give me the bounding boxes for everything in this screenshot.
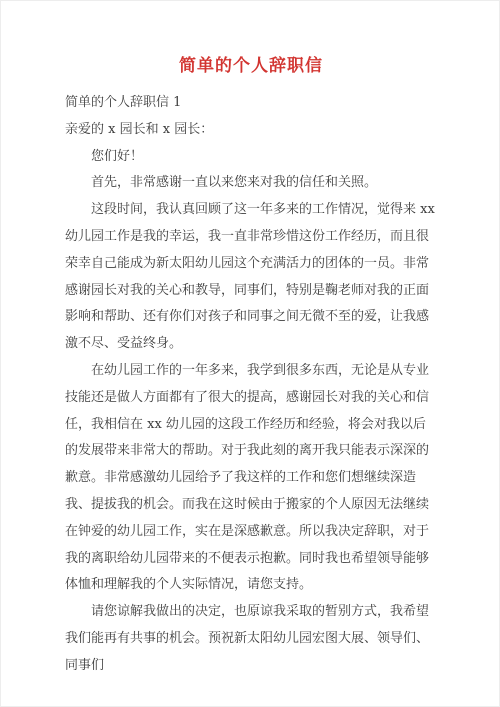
paragraph: 在幼儿园工作的一年多来，我学到很多东西，无论是从专业技能还是做人方面都有了很大的… bbox=[65, 358, 437, 599]
paragraph: 亲爱的 x 园长和 x 园长： bbox=[65, 117, 437, 144]
paragraph: 简单的个人辞职信 1 bbox=[65, 90, 437, 117]
paragraph: 您们好！ bbox=[65, 144, 437, 171]
paragraph: 请您谅解我做出的决定，也原谅我采取的暂别方式，我希望我们能再有共事的机会。预祝新… bbox=[65, 599, 437, 679]
document-title: 简单的个人辞职信 bbox=[65, 54, 437, 78]
document-body: 简单的个人辞职信 1亲爱的 x 园长和 x 园长：您们好！首先，非常感谢一直以来… bbox=[65, 90, 437, 680]
document-page: 简单的个人辞职信 简单的个人辞职信 1亲爱的 x 园长和 x 园长：您们好！首先… bbox=[0, 0, 500, 707]
paragraph: 这段时间，我认真回顾了这一年多来的工作情况，觉得来 xx 幼儿园工作是我的幸运，… bbox=[65, 197, 437, 358]
paragraph: 首先，非常感谢一直以来您来对我的信任和关照。 bbox=[65, 170, 437, 197]
